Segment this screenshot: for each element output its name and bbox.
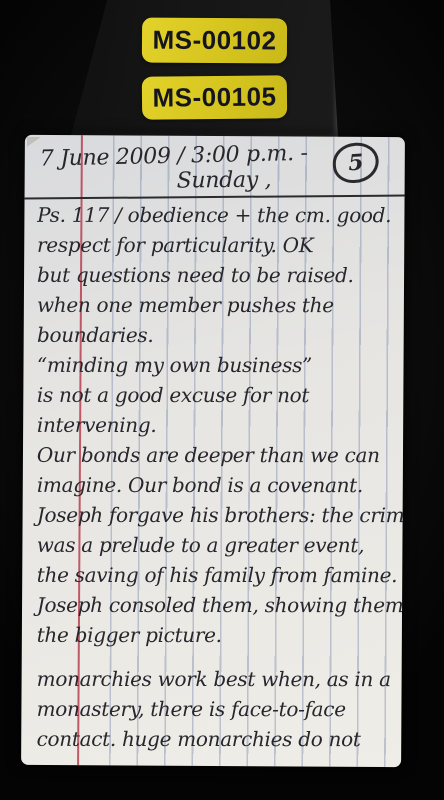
handwritten-line: Joseph consoled them, showing them: [37, 590, 401, 620]
handwritten-line: imagine. Our bond is a covenant.: [37, 470, 401, 500]
handwritten-line: but questions need to be raised.: [37, 260, 401, 290]
accession-label-2-text: MS-00105: [152, 81, 276, 113]
handwritten-line: when one member pushes the: [37, 290, 401, 320]
accession-label-1-text: MS-00102: [152, 25, 276, 57]
handwritten-line: the saving of his family from famine.: [37, 560, 401, 590]
handwritten-line: “minding my own business”: [37, 350, 401, 380]
handwritten-line: monarchies work best when, as in a: [37, 664, 401, 694]
handwritten-line: Our bonds are deeper than we can: [37, 440, 401, 470]
handwritten-line: Joseph forgave his brothers: the crime: [37, 500, 401, 530]
handwritten-line: contact. huge monarchies do not: [37, 724, 401, 754]
handwritten-line: respect for particularity. OK: [37, 230, 401, 260]
handwritten-line: boundaries.: [37, 320, 401, 350]
handwritten-line: is not a good excuse for not: [37, 380, 401, 410]
handwritten-line: Ps. 117 / obedience + the cm. good.: [37, 200, 401, 230]
accession-label-2: MS-00105: [142, 75, 287, 120]
handwritten-line: intervening.: [37, 410, 401, 440]
accession-label-1: MS-00102: [142, 17, 287, 63]
day-line: Sunday ,: [177, 168, 272, 194]
handwriting-block: Ps. 117 / obedience + the cm. good. resp…: [37, 200, 401, 754]
page-number: 5: [347, 149, 364, 176]
handwritten-line: was a prelude to a greater event,: [37, 530, 401, 560]
page-number-circle: 5: [332, 141, 380, 184]
handwritten-line: the bigger picture.: [37, 620, 401, 650]
index-card: 7 June 2009 / 3:00 p.m. - Sunday , 5 Ps.…: [21, 135, 405, 767]
archive-photo: MS-00102 MS-00105 7 June 2009 / 3:00 p.m…: [0, 0, 444, 800]
handwritten-line: monastery, there is face-to-face: [37, 694, 401, 724]
card-content: 7 June 2009 / 3:00 p.m. - Sunday , 5 Ps.…: [21, 135, 405, 767]
header-rule: [25, 195, 405, 200]
